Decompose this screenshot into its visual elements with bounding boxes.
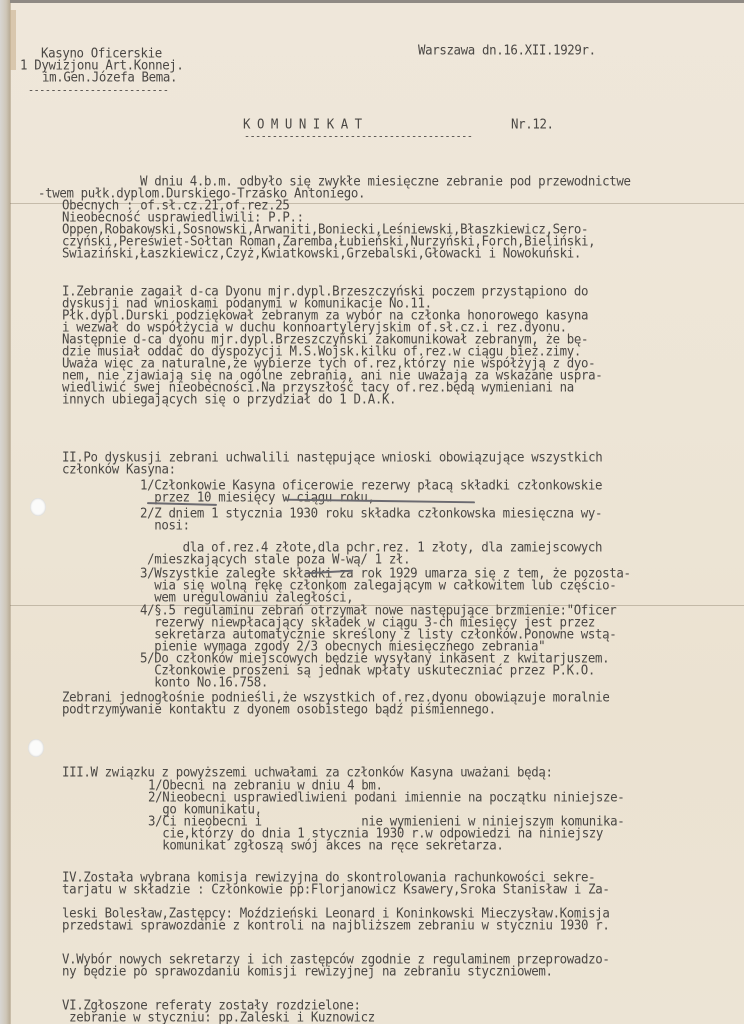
text-line: ny będzie po sprawozdaniu komisji rewizy… <box>62 964 553 978</box>
punch-hole <box>28 739 44 757</box>
title-text: KOMUNIKAT <box>243 117 369 131</box>
place-date: Warszawa dn.16.XII.1929r. <box>418 43 596 57</box>
text-line: konto No.16.758. <box>140 675 268 689</box>
text-line: tarjatu w składzie : Członkowie pp:Florj… <box>62 882 609 896</box>
text-line: zebranie w styczniu: pp.Zaleski i Kuznow… <box>62 1010 375 1024</box>
text-line: /mieszkających stale poza W-wą/ 1 zł. <box>140 552 410 566</box>
text-line: podtrzymywanie kontaktu z dyonem osobist… <box>62 702 496 716</box>
sender-rule: ------------------------- <box>28 84 169 98</box>
title-rule: ----------------------------------------… <box>244 130 472 144</box>
punch-hole <box>30 498 46 516</box>
text-line: Swiaziński,Łaszkiewicz,Czyż,Kwiatkowski,… <box>62 246 581 260</box>
text-line: członków Kasyna: <box>62 462 176 476</box>
sender-line: im.Gen.Józefa Bema. <box>42 70 177 84</box>
communique-number: Nr.12. <box>511 117 554 131</box>
scan-left-edge <box>0 0 10 1024</box>
text-line: komunikat zgłoszą swój akces na ręce sek… <box>148 838 504 852</box>
text-line: nosi: <box>140 518 190 532</box>
text-line: innych ubiegających się o przydział do 1… <box>62 392 396 406</box>
text-line: 2/Z dniem 1 stycznia 1930 roku składka c… <box>140 506 602 520</box>
text-line: przedstawi sprawozdanie z kontroli na na… <box>62 918 609 932</box>
text-line: przez 10 miesięcy w ciągu roku, <box>140 490 375 504</box>
paper-stain <box>10 10 16 70</box>
